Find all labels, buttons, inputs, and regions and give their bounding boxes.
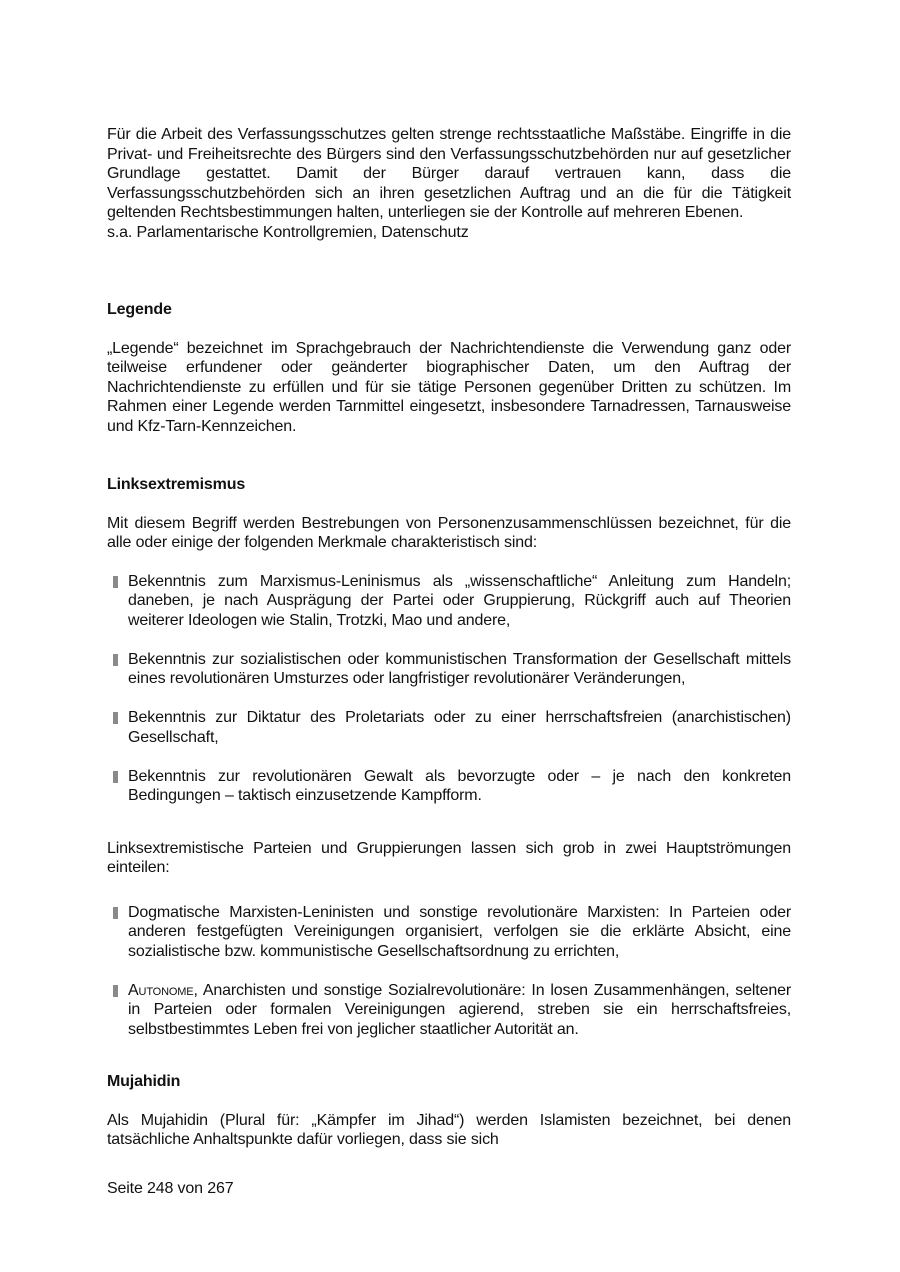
- list-item: Bekenntnis zum Marxismus-Leninismus als …: [107, 572, 791, 631]
- section-title-linksextremismus: Linksextremismus: [107, 475, 791, 495]
- bullet-icon: [113, 576, 118, 588]
- bullet-icon: [113, 907, 118, 919]
- list-item: Autonome, Anarchisten und sonstige Sozia…: [107, 981, 791, 1040]
- list-item-text: Bekenntnis zur revolutionären Gewalt als…: [128, 768, 791, 805]
- currents-intro: Linksextremistische Parteien und Gruppie…: [107, 839, 791, 878]
- document-page: Für die Arbeit des Verfassungsschutzes g…: [107, 125, 791, 1150]
- bullet-icon: [113, 771, 118, 783]
- page-number: Seite 248 von 267: [107, 1179, 233, 1199]
- linksextremismus-intro: Mit diesem Begriff werden Bestrebungen v…: [107, 514, 791, 553]
- section-title-legende: Legende: [107, 300, 791, 320]
- mujahidin-paragraph: Als Mujahidin (Plural für: „Kämpfer im J…: [107, 1111, 791, 1150]
- list-item-text: Bekenntnis zum Marxismus-Leninismus als …: [128, 573, 791, 629]
- section-title-mujahidin: Mujahidin: [107, 1072, 791, 1092]
- list-item: Bekenntnis zur revolutionären Gewalt als…: [107, 767, 791, 806]
- autonome-term: Autonome: [128, 982, 194, 999]
- list-item-text: Dogmatische Marxisten-Leninisten und son…: [128, 904, 791, 960]
- list-item-text: Bekenntnis zur Diktatur des Proletariats…: [128, 709, 791, 746]
- features-list: Bekenntnis zum Marxismus-Leninismus als …: [107, 572, 791, 806]
- legende-paragraph: „Legende“ bezeichnet im Sprachgebrauch d…: [107, 339, 791, 437]
- bullet-icon: [113, 985, 118, 997]
- list-item: Dogmatische Marxisten-Leninisten und son…: [107, 903, 791, 962]
- bullet-icon: [113, 654, 118, 666]
- intro-paragraph: Für die Arbeit des Verfassungsschutzes g…: [107, 125, 791, 223]
- list-item-text: Bekenntnis zur sozialistischen oder komm…: [128, 651, 791, 688]
- bullet-icon: [113, 712, 118, 724]
- see-also-line: s.a. Parlamentarische Kontrollgremien, D…: [107, 223, 791, 243]
- list-item-text: , Anarchisten und sonstige Sozialrevolut…: [128, 982, 791, 1038]
- currents-list: Dogmatische Marxisten-Leninisten und son…: [107, 903, 791, 1040]
- list-item: Bekenntnis zur Diktatur des Proletariats…: [107, 708, 791, 747]
- list-item: Bekenntnis zur sozialistischen oder komm…: [107, 650, 791, 689]
